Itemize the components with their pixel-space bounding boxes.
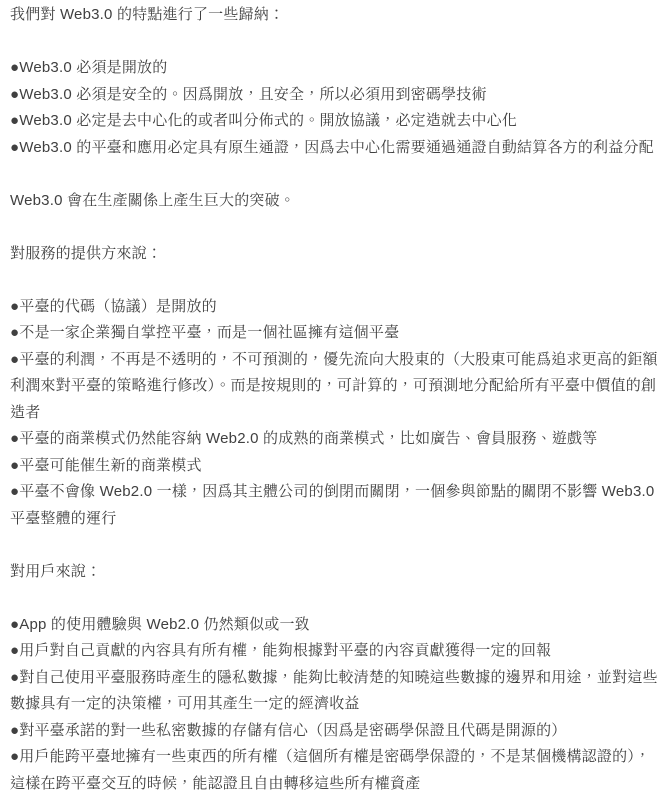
provider-point-item: ●平臺的利潤，不再是不透明的，不可預測的，優先流向大股東的（大股東可能爲追求更高… — [10, 347, 662, 427]
article-body: 我們對 Web3.0 的特點進行了一些歸納： ●Web3.0 必須是開放的 ●W… — [0, 0, 672, 797]
web3-feature-item: ●Web3.0 必須是安全的。因爲開放，且安全，所以必須用到密碼學技術 — [10, 82, 662, 109]
breakthrough-paragraph: Web3.0 會在生產關係上產生巨大的突破。 — [10, 188, 662, 215]
web3-features-list: ●Web3.0 必須是開放的 ●Web3.0 必須是安全的。因爲開放，且安全，所… — [10, 55, 662, 161]
intro-text: 我們對 Web3.0 的特點進行了一些歸納： — [10, 2, 662, 29]
web3-feature-item: ●Web3.0 必須是開放的 — [10, 55, 662, 82]
user-heading: 對用戶來說： — [10, 559, 662, 586]
provider-heading: 對服務的提供方來說： — [10, 241, 662, 268]
breakthrough-text: Web3.0 會在生產關係上產生巨大的突破。 — [10, 188, 662, 215]
provider-points-list: ●平臺的代碼（協議）是開放的 ●不是一家企業獨自掌控平臺，而是一個社區擁有這個平… — [10, 294, 662, 533]
web3-feature-item: ●Web3.0 必定是去中心化的或者叫分佈式的。開放協議，必定造就去中心化 — [10, 108, 662, 135]
user-point-item: ●用戶能跨平臺地擁有一些東西的所有權（這個所有權是密碼學保證的，不是某個機構認證… — [10, 744, 662, 797]
web3-feature-item: ●Web3.0 的平臺和應用必定具有原生通證，因爲去中心化需要通過通證自動結算各… — [10, 135, 662, 162]
user-point-item: ●App 的使用體驗與 Web2.0 仍然類似或一致 — [10, 612, 662, 639]
provider-point-item: ●平臺的商業模式仍然能容納 Web2.0 的成熟的商業模式，比如廣告、會員服務、… — [10, 426, 662, 453]
provider-heading-text: 對服務的提供方來說： — [10, 241, 662, 268]
provider-point-item: ●平臺的代碼（協議）是開放的 — [10, 294, 662, 321]
provider-point-item: ●平臺可能催生新的商業模式 — [10, 453, 662, 480]
user-point-item: ●對平臺承諾的對一些私密數據的存儲有信心（因爲是密碼學保證且代碼是開源的） — [10, 718, 662, 745]
user-point-item: ●對自己使用平臺服務時產生的隱私數據，能夠比較清楚的知曉這些數據的邊界和用途，並… — [10, 665, 662, 718]
user-point-item: ●用戶對自己貢獻的內容具有所有權，能夠根據對平臺的內容貢獻獲得一定的回報 — [10, 638, 662, 665]
provider-point-item: ●平臺不會像 Web2.0 一樣，因爲其主體公司的倒閉而關閉，一個參與節點的關閉… — [10, 479, 662, 532]
intro-paragraph: 我們對 Web3.0 的特點進行了一些歸納： — [10, 2, 662, 29]
user-heading-text: 對用戶來說： — [10, 559, 662, 586]
user-points-list: ●App 的使用體驗與 Web2.0 仍然類似或一致 ●用戶對自己貢獻的內容具有… — [10, 612, 662, 798]
provider-point-item: ●不是一家企業獨自掌控平臺，而是一個社區擁有這個平臺 — [10, 320, 662, 347]
